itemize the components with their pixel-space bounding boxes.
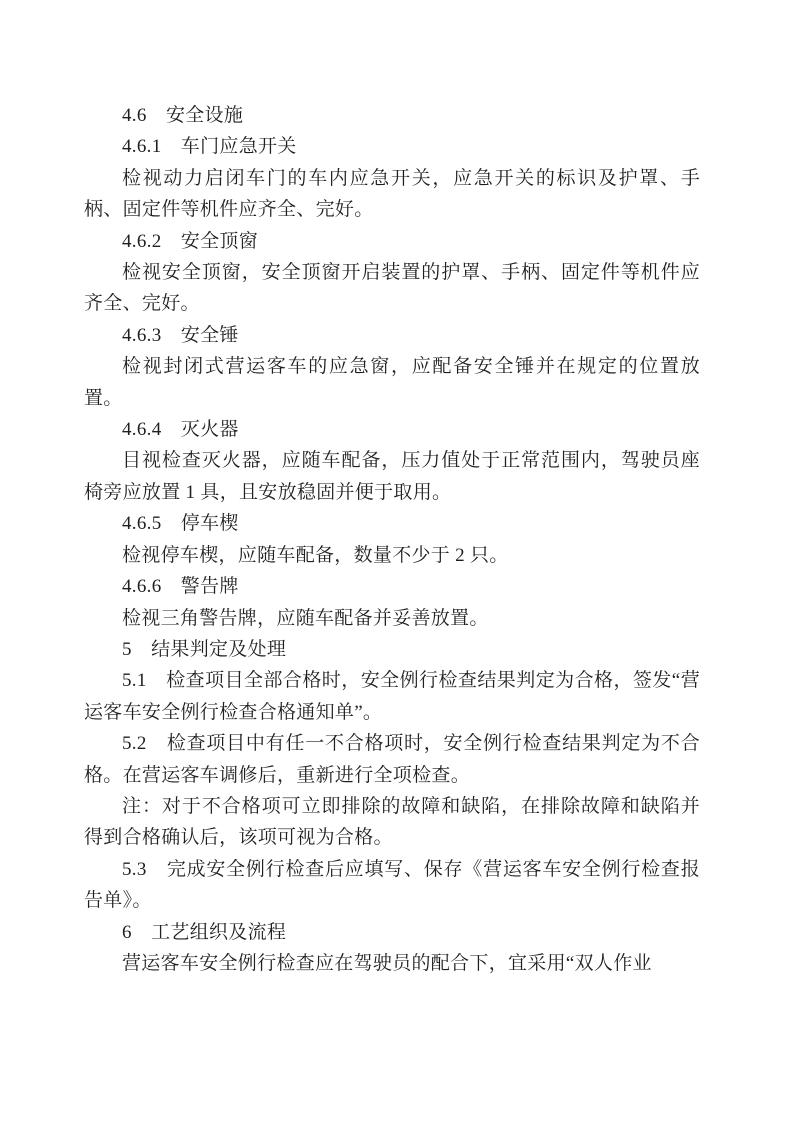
heading-4-6-5: 4.6.5 停车楔 (84, 508, 700, 539)
para-safety-hammer: 检视封闭式营运客车的应急窗，应配备安全锤并在规定的位置放置。 (84, 351, 700, 414)
document-page: 4.6 安全设施 4.6.1 车门应急开关 检视动力启闭车门的车内应急开关，应急… (0, 0, 793, 1122)
para-5-2-fail-result: 5.2 检查项目中有任一不合格项时，安全例行检查结果判定为不合格。在营运客车调修… (84, 728, 700, 791)
para-door-emergency-switch: 检视动力启闭车门的车内应急开关，应急开关的标识及护罩、手柄、固定件等机件应齐全、… (84, 163, 700, 226)
heading-4-6-1: 4.6.1 车门应急开关 (84, 131, 700, 162)
para-5-3-report-form: 5.3 完成安全例行检查后应填写、保存《营运客车安全例行检查报告单》。 (84, 854, 700, 917)
para-safety-roof-window: 检视安全顶窗，安全顶窗开启装置的护罩、手柄、固定件等机件应齐全、完好。 (84, 257, 700, 320)
heading-4-6: 4.6 安全设施 (84, 100, 700, 131)
page-body: 4.6 安全设施 4.6.1 车门应急开关 检视动力启闭车门的车内应急开关，应急… (84, 100, 700, 979)
para-warning-sign: 检视三角警告牌，应随车配备并妥善放置。 (84, 603, 700, 634)
heading-6: 6 工艺组织及流程 (84, 917, 700, 948)
para-5-1-pass-result: 5.1 检查项目全部合格时，安全例行检查结果判定为合格，签发“营运客车安全例行检… (84, 665, 700, 728)
heading-4-6-2: 4.6.2 安全顶窗 (84, 226, 700, 257)
para-wheel-chock: 检视停车楔，应随车配备，数量不少于 2 只。 (84, 540, 700, 571)
para-6-process-intro: 营运客车安全例行检查应在驾驶员的配合下，宜采用“双人作业 (84, 948, 700, 979)
heading-5: 5 结果判定及处理 (84, 634, 700, 665)
heading-4-6-3: 4.6.3 安全锤 (84, 320, 700, 351)
para-note: 注：对于不合格项可立即排除的故障和缺陷，在排除故障和缺陷并得到合格确认后，该项可… (84, 791, 700, 854)
para-fire-extinguisher: 目视检查灭火器，应随车配备，压力值处于正常范围内，驾驶员座椅旁应放置 1 具，且… (84, 445, 700, 508)
heading-4-6-4: 4.6.4 灭火器 (84, 414, 700, 445)
heading-4-6-6: 4.6.6 警告牌 (84, 571, 700, 602)
